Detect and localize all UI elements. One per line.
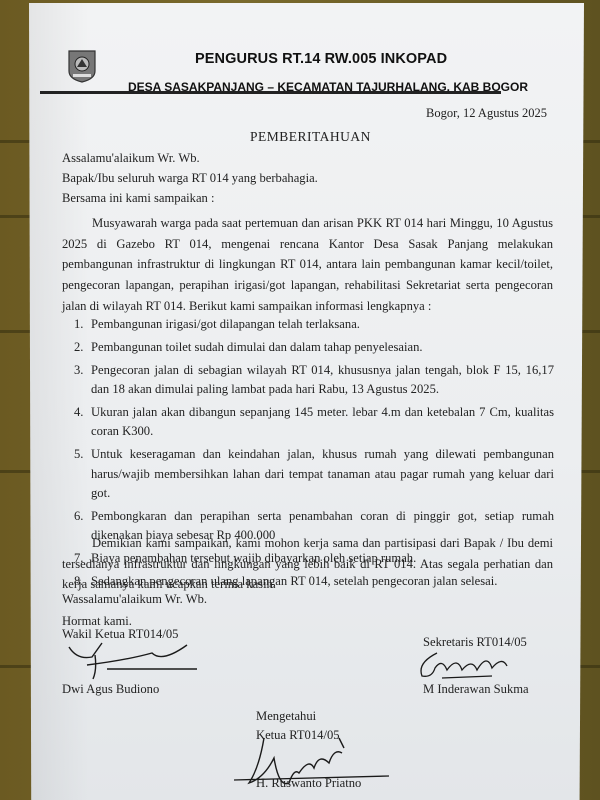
regency-emblem-icon [68, 49, 96, 83]
list-item: 4.Ukuran jalan akan dibangun sepanjang 1… [74, 403, 554, 442]
list-item: 3.Pengecoran jalan di sebagian wilayah R… [74, 361, 554, 400]
list-item-number: 3. [74, 361, 83, 381]
list-item: 2.Pembangunan toilet sudah dimulai dan d… [74, 338, 554, 358]
intro: Bersama ini kami sampaikan : [62, 188, 214, 208]
list-item: 5.Untuk keseragaman dan keindahan jalan,… [74, 445, 554, 504]
salutation: Bapak/Ibu seluruh warga RT 014 yang berb… [62, 168, 318, 188]
list-item-text: Ukuran jalan akan dibangun sepanjang 145… [91, 405, 554, 439]
body-paragraph: Musyawarah warga pada saat pertemuan dan… [62, 213, 553, 317]
closing-paragraph: Demikian kami sampaikan, kami mohon kerj… [62, 533, 553, 595]
list-item-text: Pembangunan toilet sudah dimulai dan dal… [91, 340, 423, 354]
letter-date: Bogor, 12 Agustus 2025 [426, 106, 547, 121]
list-item-text: Pengecoran jalan di sebagian wilayah RT … [91, 363, 554, 397]
left-signature [67, 635, 207, 680]
list-item-text: Untuk keseragaman dan keindahan jalan, k… [91, 447, 554, 500]
list-item-number: 1. [74, 315, 83, 335]
acknowledge-label: Mengetahui [256, 706, 316, 726]
right-signature [417, 648, 517, 683]
center-signer-name: H. Ruswanto Priatno [256, 773, 361, 793]
farewell: Wassalamu'alaikum Wr. Wb. [62, 589, 207, 609]
letter-title: PEMBERITAHUAN [250, 129, 371, 145]
letterhead-divider [40, 91, 501, 94]
right-signer-name: M Inderawan Sukma [423, 679, 529, 699]
left-signer-name: Dwi Agus Budiono [62, 679, 159, 699]
list-item-text: Pembangunan irigasi/got dilapangan telah… [91, 317, 360, 331]
list-item-number: 6. [74, 507, 83, 527]
list-item-number: 4. [74, 403, 83, 423]
list-item-number: 2. [74, 338, 83, 358]
letter-page: PENGURUS RT.14 RW.005 INKOPAD DESA SASAK… [29, 3, 584, 800]
letterhead-title: PENGURUS RT.14 RW.005 INKOPAD [195, 51, 447, 67]
greeting: Assalamu'alaikum Wr. Wb. [62, 148, 200, 168]
list-item-number: 5. [74, 445, 83, 465]
list-item: 1.Pembangunan irigasi/got dilapangan tel… [74, 315, 554, 335]
